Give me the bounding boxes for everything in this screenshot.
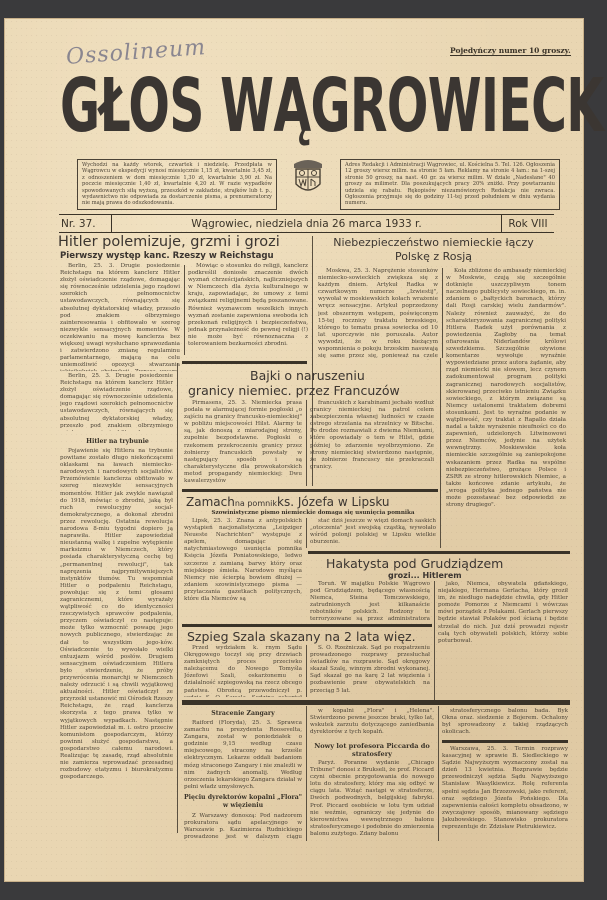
article-kopalnie-cont: w kopalni „Flora" i „Helena". Stwierdzon… bbox=[310, 708, 434, 738]
headline-hitler: Hitler polemizuje, grzmi i grozi bbox=[58, 234, 280, 250]
issue-year: Rok VIII bbox=[502, 218, 554, 230]
article-hitler-tribune-text: Pojawienie się Hitlera na trybunie powit… bbox=[60, 448, 173, 833]
section-rule bbox=[182, 489, 438, 492]
headline-danger-line1: Niebezpieczeństwo niemieckie łączy Polsk… bbox=[326, 236, 541, 264]
dateline-bar: Nr. 37. Wągrowiec, niedziela dnia 26 mar… bbox=[59, 214, 554, 233]
subhead-zamach: Szowinistyczne pismo niemieckie domaga s… bbox=[188, 510, 438, 516]
section-rule bbox=[182, 361, 307, 364]
article-szpieg-col1: Przed wydziałem k. rnym Sądu Okręgowego … bbox=[184, 645, 302, 697]
price-note: Pojedyńczy numer 10 groszy. bbox=[450, 46, 571, 56]
article-bajki-col1: Pirmasens, 25. 3. Niemiecka prasa podała… bbox=[184, 400, 302, 486]
masthead-title: GŁOS WĄGROWIECKI bbox=[60, 62, 383, 150]
article-hakatysta-col2: jako, Niemca, obywatela gdańskiego, niej… bbox=[438, 581, 568, 701]
article-danger-col2: Koła zbliżone do ambasady niemieckiej w … bbox=[446, 268, 566, 548]
subhead-hitler: Pierwszy występ kanc. Rzeszy w Reichstag… bbox=[60, 251, 274, 261]
section-rule bbox=[182, 624, 432, 627]
column-divider bbox=[434, 581, 435, 701]
article-hitler-col1: Berlin, 25. 3. Drugie posiedzenie Reichs… bbox=[60, 263, 180, 371]
editorial-address-box: Adres Redakcji i Administracji Wągrowiec… bbox=[340, 159, 560, 210]
issue-date: Wągrowiec, niedziela dnia 26 marca 1933 … bbox=[112, 215, 502, 232]
column-divider bbox=[306, 706, 307, 841]
headline-szpieg: Szpieg Szala skazany na 2 lata więz. bbox=[187, 629, 416, 644]
subscription-info-box: Wychodzi na każdy wtorek, czwartek i nie… bbox=[77, 159, 277, 210]
headline-dyrektorzy: Pięciu dyrektorów kopalni „Flora" w więz… bbox=[184, 794, 302, 810]
headline-hakatysta: Hakatysta pod Grudziądzem bbox=[326, 556, 503, 571]
article-hitler-col2: Mówiąc o stosunku do religji, kanclerz p… bbox=[188, 263, 308, 355]
column-divider bbox=[184, 265, 185, 355]
section-rule bbox=[308, 551, 570, 554]
article-zangara: Raiford (Floryda), 25. 3. Sprawca zamach… bbox=[184, 720, 302, 792]
section-rule bbox=[442, 740, 568, 743]
headline-bajki-line1: Bajki o naruszeniu bbox=[250, 368, 365, 383]
column-divider bbox=[442, 268, 443, 358]
column-divider bbox=[438, 706, 439, 841]
article-stratosfera-cont: stratosferycznego balonu bada. Byk Okna … bbox=[442, 708, 568, 736]
coat-of-arms-icon bbox=[288, 158, 328, 196]
section-rule bbox=[182, 700, 570, 705]
article-bajki-col2: francuskich z karabinami jechało wzdłuż … bbox=[310, 400, 434, 486]
article-hitler-cont: Berlin, 25. 3. Drugie posiedzenie Reichs… bbox=[60, 373, 173, 431]
article-piccard: Paryż. Poranne wydanie „Chicago Tribune"… bbox=[310, 760, 434, 842]
column-divider bbox=[177, 363, 178, 833]
newspaper-page: Ossolineum Pojedyńczy numer 10 groszy. G… bbox=[4, 18, 584, 882]
article-szpieg-col2: S. O. Rzeźniczak. Sąd po rozpatrzeniu pr… bbox=[310, 645, 430, 697]
subhead-hakatysta: grozi... Hitlerem bbox=[388, 571, 462, 580]
column-divider bbox=[440, 358, 441, 548]
article-warszawa: Warszawa, 25. 3. Termin rozprawy kasacyj… bbox=[442, 746, 568, 842]
article-danger-col1: Moskwa, 25. 3. Naprężenie stosunków niem… bbox=[318, 268, 438, 360]
column-divider bbox=[306, 645, 307, 697]
article-zamach-col1: Lipsk, 25. 3. Znana z antypolskich wystą… bbox=[184, 518, 302, 616]
headline-zangara: Stracenie Zangary bbox=[184, 710, 302, 717]
headline-zamach: Zamachna pomnikks. Józefa w Lipsku bbox=[186, 495, 390, 509]
column-divider bbox=[306, 400, 307, 486]
headline-piccard: Nowy lot profesora Piccarda do stratosfe… bbox=[310, 742, 434, 758]
column-divider bbox=[306, 518, 307, 548]
article-zamach-col2: stać dziś jeszcze w więzi domach saskich… bbox=[310, 518, 436, 548]
subheading-hitler-tribune: Hitler na trybunie bbox=[60, 438, 175, 445]
article-hakatysta-col1: Toruń. W majątku Polskie Wągrowo pod Gru… bbox=[310, 581, 430, 623]
issue-number: Nr. 37. bbox=[59, 215, 112, 232]
headline-bajki-line2: granicy niemiec. przez Francuzów bbox=[188, 383, 400, 398]
article-dyrektorzy: Z Warszawy donoszą: Pod nadzorem prokura… bbox=[184, 813, 302, 841]
